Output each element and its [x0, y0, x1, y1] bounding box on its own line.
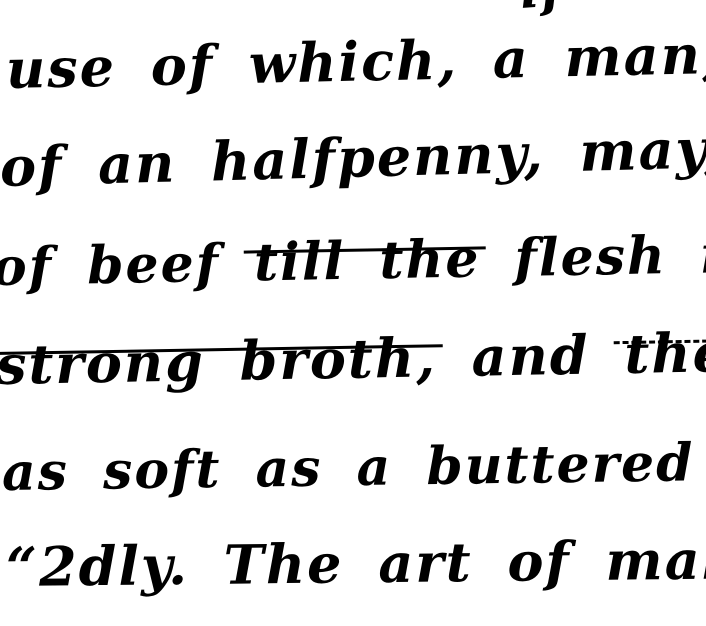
- word-segment: flesh is a: [480, 222, 706, 289]
- word-segment: use of which, a man, o: [5, 20, 706, 101]
- clipped-previous-line-fragment: if: [518, 0, 566, 16]
- word-segment-with-crossbar: till the: [254, 228, 481, 293]
- word-segment: of an halfpenny, may,: [0, 116, 706, 199]
- manuscript-line-5: as soft as a buttered app: [2, 435, 706, 499]
- word-segment: as soft as a buttered app: [2, 430, 706, 503]
- word-segment: of beef: [0, 232, 255, 298]
- manuscript-page: if use of which, a man, o of an halfpenn…: [0, 0, 706, 626]
- manuscript-line-2: of an halfpenny, may,: [0, 121, 706, 194]
- manuscript-line-6: “2dly. The art of making: [6, 531, 706, 594]
- manuscript-line-4: strong broth, and the bon: [0, 323, 706, 392]
- manuscript-line-1: use of which, a man, o: [5, 25, 706, 96]
- word-segment-with-crossbar: the: [624, 320, 706, 386]
- word-segment: if: [518, 0, 567, 20]
- word-segment-with-crossbar: strong broth,: [0, 325, 437, 397]
- word-segment: “2dly. The art of making: [6, 526, 706, 599]
- word-segment: and: [436, 322, 625, 389]
- manuscript-line-3: of beef till the flesh is a: [0, 227, 706, 294]
